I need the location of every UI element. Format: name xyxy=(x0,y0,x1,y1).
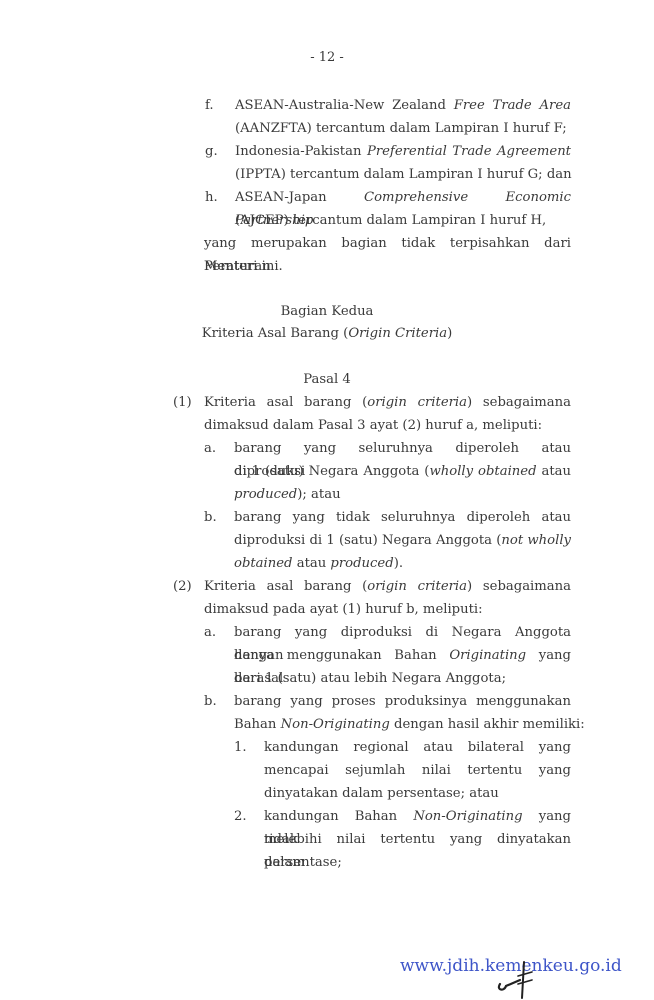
para1-item-b-line2: diproduksi di 1 (satu) Negara Anggota (n… xyxy=(234,529,571,552)
para1-line2: dimaksud dalam Pasal 3 ayat (2) huruf a,… xyxy=(204,414,542,437)
list-item-f-line2: (AANZFTA) tercantum dalam Lampiran I hur… xyxy=(235,117,567,140)
para1-item-b-line1: barang yang tidak seluruhnya diperoleh a… xyxy=(234,506,571,529)
para1-item-a-line3: produced); atau xyxy=(234,483,341,506)
para2-subitem-1-line2: mencapai sejumlah nilai tertentu yang xyxy=(264,759,571,782)
para2-item-b-line1: barang yang proses produksinya menggunak… xyxy=(234,690,571,713)
list-item-g-line1: Indonesia-Pakistan Preferential Trade Ag… xyxy=(235,140,571,163)
para1-item-a-line2: di 1 (satu) Negara Anggota (wholly obtai… xyxy=(234,460,571,483)
list-item-g-line2: (IPPTA) tercantum dalam Lampiran I huruf… xyxy=(235,163,572,186)
para2-line2: dimaksud pada ayat (1) huruf b, meliputi… xyxy=(204,598,483,621)
para1-item-a-label: a. xyxy=(204,437,216,460)
para2-label: (2) xyxy=(173,575,192,598)
document-page: - 12 - f. ASEAN-Australia-New Zealand Fr… xyxy=(0,0,654,1000)
para1-label: (1) xyxy=(173,391,192,414)
para1-item-b-label: b. xyxy=(204,506,217,529)
list-label-f: f. xyxy=(205,94,214,117)
closing-line2: Menteri ini. xyxy=(204,255,283,278)
para2-item-b-line2: Bahan Non-Originating dengan hasil akhir… xyxy=(234,713,585,736)
para2-subitem-2-label: 2. xyxy=(234,805,247,828)
list-label-g: g. xyxy=(205,140,218,163)
list-item-h-line2: (AJCEP) tercantum dalam Lampiran I huruf… xyxy=(235,209,546,232)
list-label-h: h. xyxy=(205,186,218,209)
para2-item-a-label: a. xyxy=(204,621,216,644)
para2-subitem-1-label: 1. xyxy=(234,736,247,759)
para2-item-b-label: b. xyxy=(204,690,217,713)
list-item-f-line1: ASEAN-Australia-New Zealand Free Trade A… xyxy=(235,94,571,117)
para1-line1: Kriteria asal barang (origin criteria) s… xyxy=(204,391,571,414)
page-number: - 12 - xyxy=(0,50,654,65)
section-title: Bagian Kedua xyxy=(0,300,654,323)
para2-line1: Kriteria asal barang (origin criteria) s… xyxy=(204,575,571,598)
section-subtitle: Kriteria Asal Barang (Origin Criteria) xyxy=(0,322,654,345)
para2-subitem-2-line3: persentase; xyxy=(264,851,342,874)
article-title: Pasal 4 xyxy=(0,368,654,391)
para1-item-b-line3: obtained atau produced). xyxy=(234,552,403,575)
signature-initials-icon xyxy=(496,960,556,1000)
para2-subitem-1-line3: dinyatakan dalam persentase; atau xyxy=(264,782,499,805)
para2-subitem-1-line1: kandungan regional atau bilateral yang xyxy=(264,736,571,759)
para2-item-a-line3: dari 1 (satu) atau lebih Negara Anggota; xyxy=(234,667,506,690)
